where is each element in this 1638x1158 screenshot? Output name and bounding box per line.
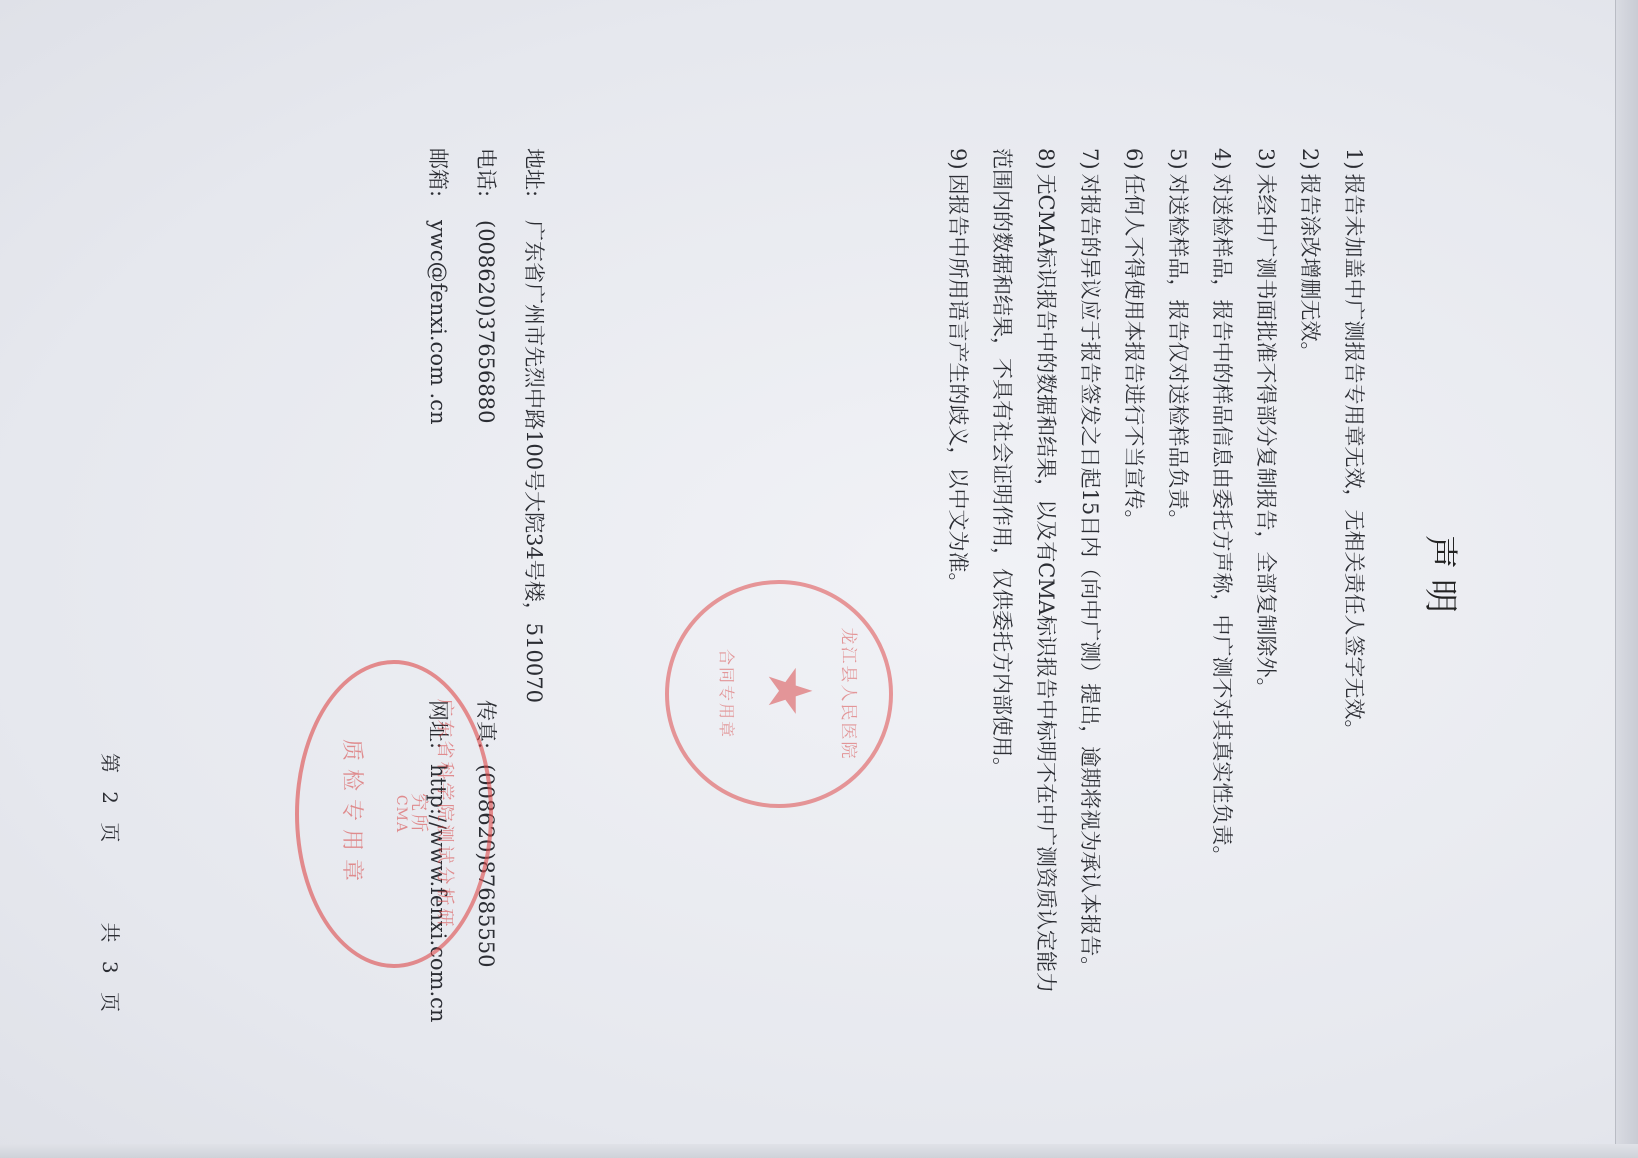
round-red-stamp: 龙江县人民医院 ★ 合同专用章 — [665, 580, 893, 808]
email-value: ywc@fenxi.com .cn — [414, 220, 462, 700]
clause-item: 6)任何人不得使用本报告进行不当宣传。 — [1112, 148, 1156, 1008]
clause-item: 5)对送检样品，报告仅对送检样品负责。 — [1156, 148, 1200, 1008]
address-label: 地址: — [510, 148, 558, 220]
clause-item: 1)报告未加盖中广测报告专用章无效，无相关责任人签字无效。 — [1332, 148, 1376, 1008]
clause-item: 3)未经中广测书面批准不得部分复制报告，全部复制除外。 — [1244, 148, 1288, 1008]
page-total: 共 3 页 — [98, 923, 122, 1018]
clause-item: 9)因报告中所用语言产生的歧义，以中文为准。 — [936, 148, 980, 1008]
address-row: 地址: 广东省广州市先烈中路100号大院34号楼，510070 — [510, 148, 558, 1048]
stamp-bottom-text: 合同专用章 — [716, 624, 739, 764]
star-icon: ★ — [759, 664, 819, 718]
stamp-arc-text: 广东省科学院测试分析研究所 — [407, 694, 459, 934]
phone-label: 电话: — [462, 148, 510, 220]
clause-item: 2)报告涂改增删无效。 — [1288, 148, 1332, 1008]
clause-item: 8)无CMA标识报告中的数据和结果，以及有CMA标识报告中标明不在中广测资质认定… — [980, 148, 1068, 1008]
clause-item: 7)对报告的异议应于报告签发之日起15日内（向中广测）提出，逾期将视为承认本报告… — [1068, 148, 1112, 1008]
page-number: 第 2 页 — [98, 753, 122, 848]
clause-list: 1)报告未加盖中广测报告专用章无效，无相关责任人签字无效。 2)报告涂改增删无效… — [936, 148, 1376, 1008]
page-title: 声明 — [1419, 0, 1468, 1158]
document-page: 声明 1)报告未加盖中广测报告专用章无效，无相关责任人签字无效。 2)报告涂改增… — [0, 0, 1638, 1158]
stamp-code-text: CMA — [393, 694, 409, 934]
page-footer: 第 2 页 共 3 页 — [97, 0, 126, 1158]
oval-red-stamp: 广东省科学院测试分析研究所 CMA 质检专用章 — [295, 660, 493, 968]
stamp-arc-text: 龙江县人民医院 — [838, 614, 863, 774]
stamp-bottom-text: 质检专用章 — [338, 694, 369, 934]
phone-value: (008620)37656880 — [462, 220, 510, 700]
clause-item: 4)对送检样品，报告中的样品信息由委托方声称，中广测不对其真实性负责。 — [1200, 148, 1244, 1008]
address-value: 广东省广州市先烈中路100号大院34号楼，510070 — [510, 220, 558, 703]
email-label: 邮箱: — [414, 148, 462, 220]
